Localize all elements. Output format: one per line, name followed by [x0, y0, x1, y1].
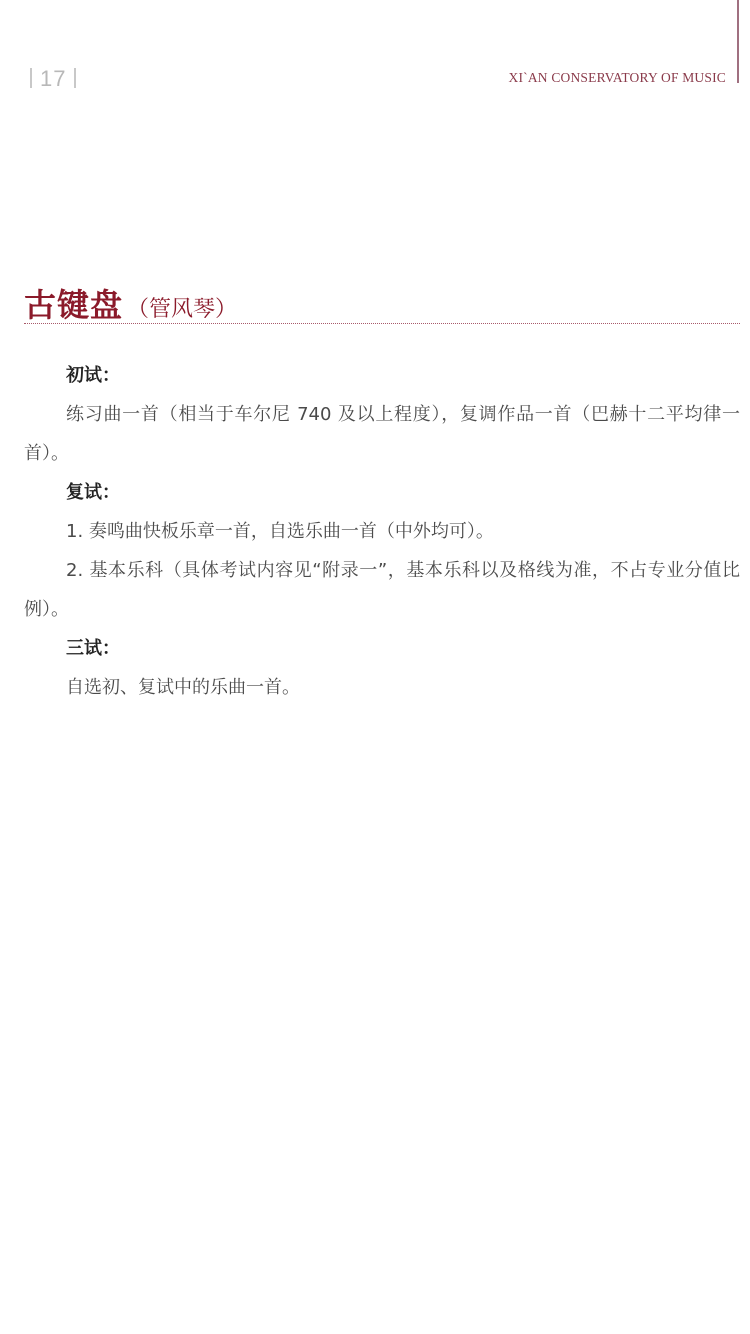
round-paragraph: 1. 奏鸣曲快板乐章一首，自选乐曲一首（中外均可）。	[24, 512, 740, 551]
round-paragraph: 自选初、复试中的乐曲一首。	[24, 668, 740, 707]
round-heading-third: 三试：	[24, 629, 740, 668]
round-paragraph: 练习曲一首（相当于车尔尼 740 及以上程度），复调作品一首（巴赫十二平均律一首…	[24, 395, 740, 473]
exam-requirements: 初试： 练习曲一首（相当于车尔尼 740 及以上程度），复调作品一首（巴赫十二平…	[24, 356, 740, 707]
round-paragraph: 2. 基本乐科（具体考试内容见“附录一”，基本乐科以及格线为准，不占专业分值比例…	[24, 551, 740, 629]
page-number: 17	[28, 66, 84, 92]
page-number-bar-left	[30, 68, 32, 88]
section-title: 古键盘（管风琴）	[24, 280, 237, 326]
section-title-main: 古键盘	[24, 286, 123, 324]
section-divider	[24, 323, 740, 324]
institution-name: XI`AN CONSERVATORY OF MUSIC	[509, 70, 727, 86]
page-number-value: 17	[40, 66, 66, 91]
round-heading-preliminary: 初试：	[24, 356, 740, 395]
section-title-sub: （管风琴）	[127, 297, 237, 322]
page-number-bar-right	[74, 68, 76, 88]
round-heading-second: 复试：	[24, 473, 740, 512]
header-vertical-rule	[737, 0, 739, 83]
